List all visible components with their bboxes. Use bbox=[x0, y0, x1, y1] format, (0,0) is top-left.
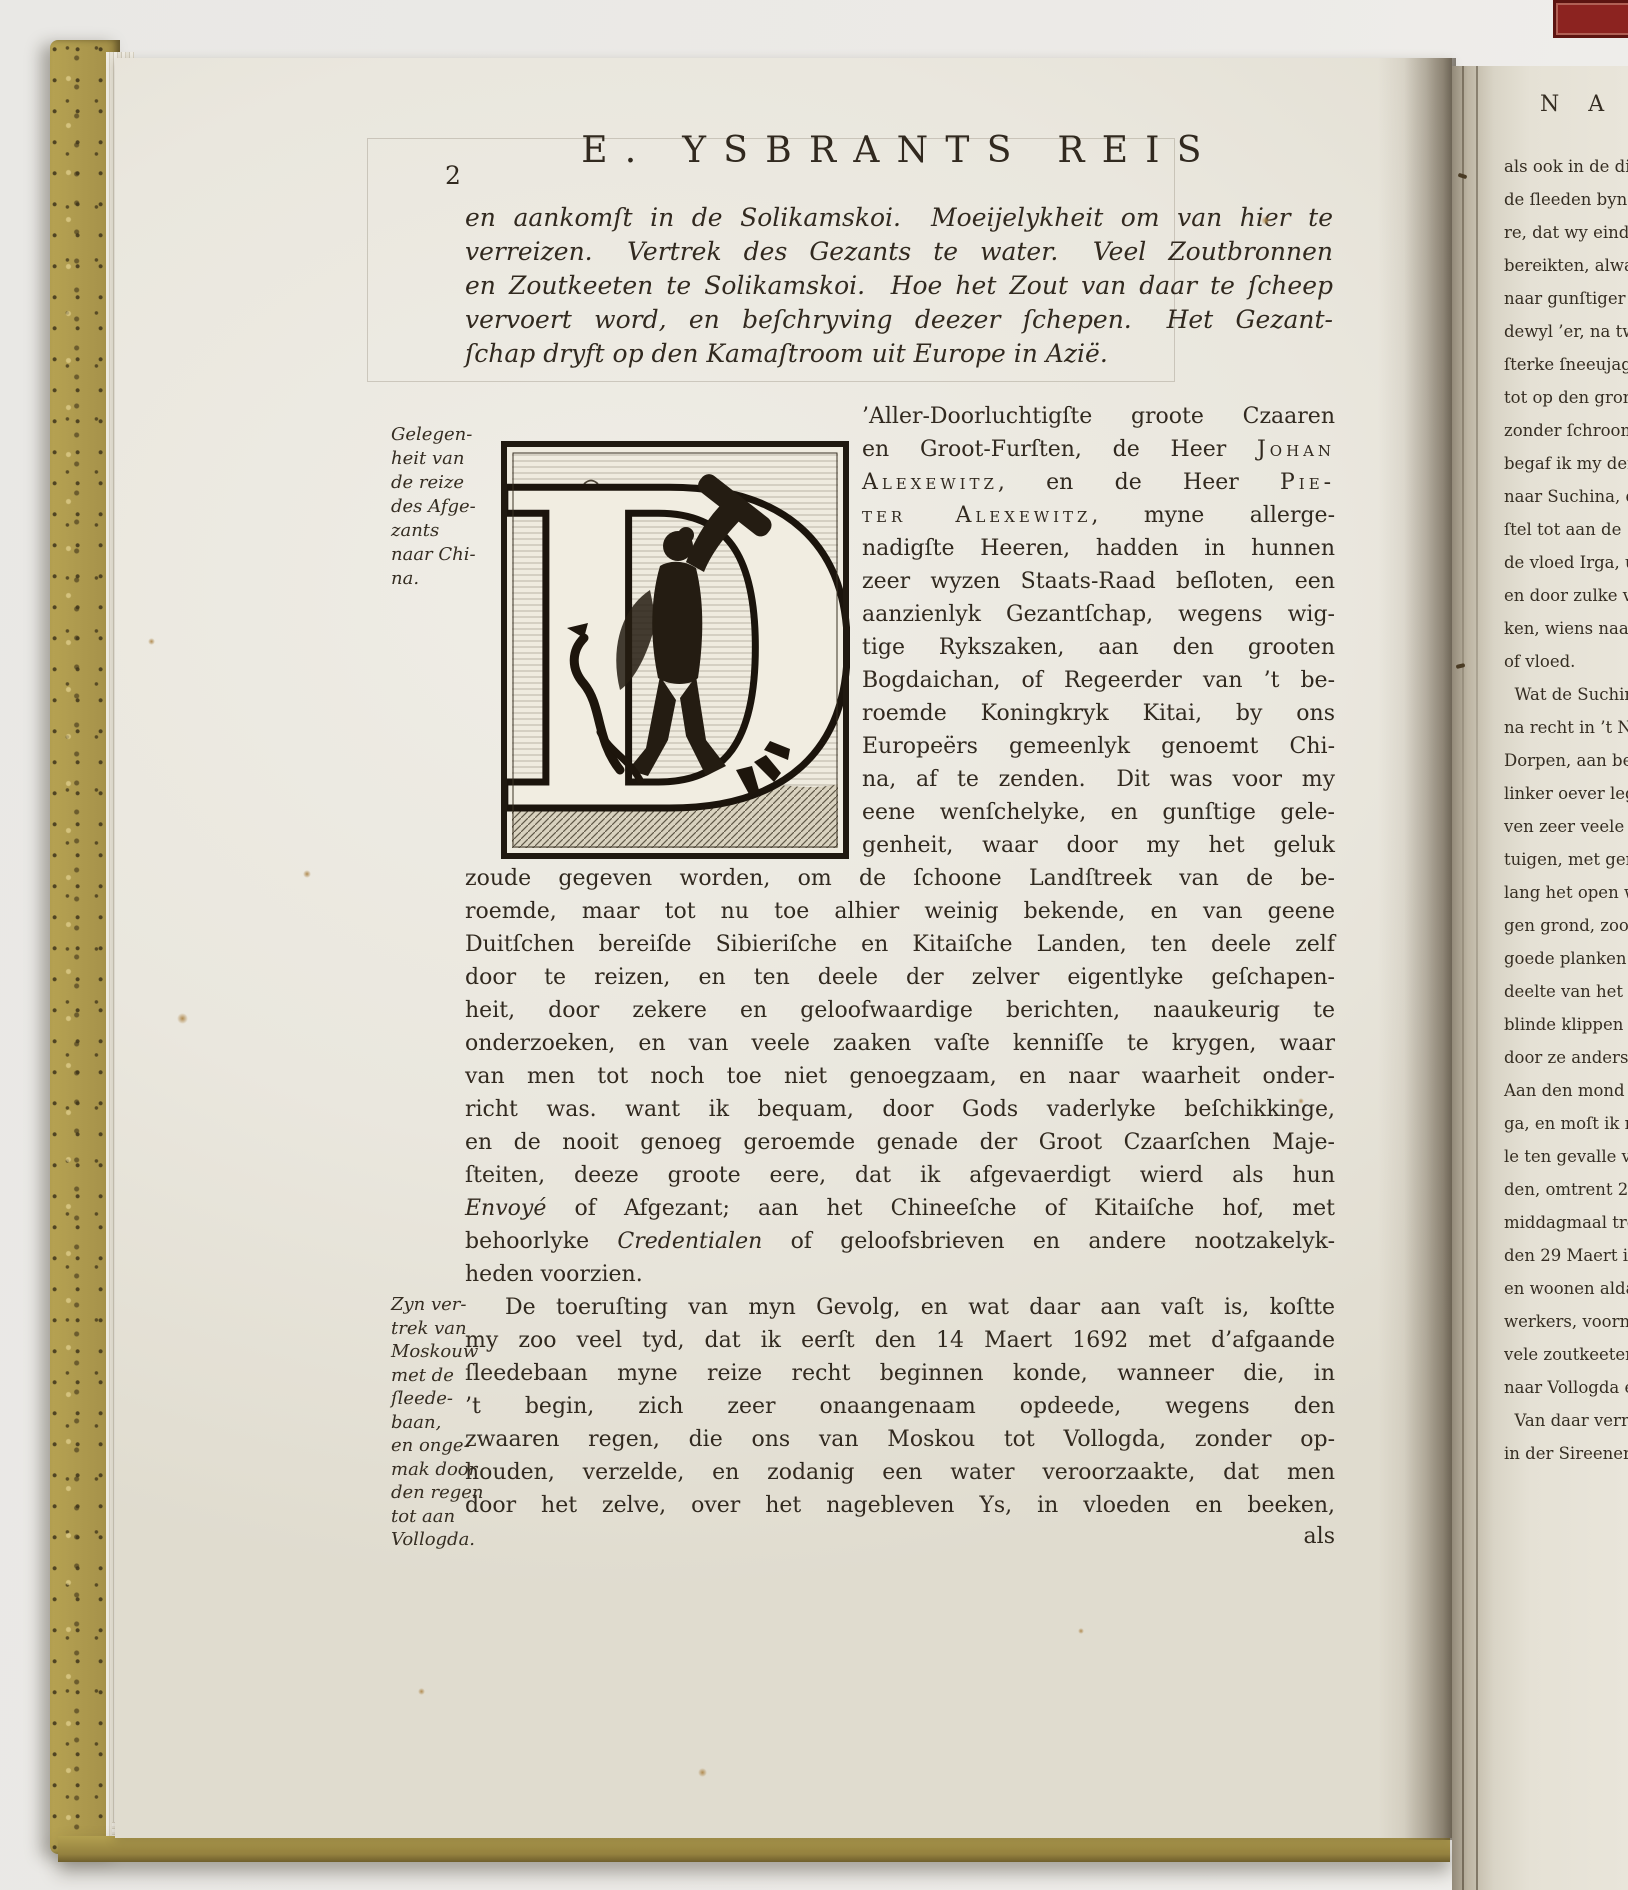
text-line: na, af te zenden. Dit was voor my bbox=[862, 763, 1335, 796]
text-line: in der Sireener Lan bbox=[1504, 1437, 1628, 1470]
text-line: Alexewitz, en de Heer Pie- bbox=[862, 466, 1335, 499]
text-line: Wat de Suchin bbox=[1504, 678, 1628, 711]
text-line: door het zelve, over het nagebleven Ys, … bbox=[465, 1489, 1335, 1522]
foxing-spot bbox=[1298, 1098, 1304, 1104]
text-line: le ten gevalle van d bbox=[1504, 1140, 1628, 1173]
text-line: en aankomſt in de Solikamskoi. Moeijelyk… bbox=[465, 201, 1333, 235]
text-line: bereikten, alwaar ik d bbox=[1504, 249, 1628, 282]
text-line: tige Rykszaken, aan den grooten bbox=[862, 631, 1335, 664]
text-line: re, dat wy eindelyk bbox=[1504, 216, 1628, 249]
text-line: den 29 Maert in d bbox=[1504, 1239, 1628, 1272]
text-line: ga, en moſt ik my bbox=[1504, 1107, 1628, 1140]
text-line: my zoo veel tyd, dat ik eerſt den 14 Mae… bbox=[465, 1324, 1335, 1357]
margin-note-line: zants bbox=[391, 519, 481, 543]
text-line: door te reizen, en ten deele der zelver … bbox=[465, 961, 1335, 994]
text-line: De toeruſting van myn Gevolg, en wat daa… bbox=[465, 1291, 1335, 1324]
text-line: dewyl ’er, na twee dag bbox=[1504, 315, 1628, 348]
book-cover-bottom-edge bbox=[58, 1836, 1450, 1862]
text-line: ſtel tot aan de Stad bbox=[1504, 513, 1628, 546]
text-line: Envoyé of Afgezant; aan het Chineeſche o… bbox=[465, 1192, 1335, 1225]
text-line: roemde Koningkryk Kitai, by ons bbox=[862, 697, 1335, 730]
text-line: naar gunſtiger weder w bbox=[1504, 282, 1628, 315]
text-line: Duitſchen bereiſde Sibieriſche en Kitaiſ… bbox=[465, 928, 1335, 961]
text-line: aanzienlyk Gezantſchap, wegens wig- bbox=[862, 598, 1335, 631]
text-line: tot op den grond bev bbox=[1504, 381, 1628, 414]
text-line: Bogdaichan, of Regeerder van ’t be- bbox=[862, 664, 1335, 697]
book-photo: 2 E. YSBRANTS REIS en aankomſt in de Sol… bbox=[0, 0, 1628, 1890]
red-shelf-label bbox=[1553, 0, 1628, 38]
text-line: en door zulke veree bbox=[1504, 579, 1628, 612]
text-segment: of Afgezant; aan het Chineeſche of Kitai… bbox=[546, 1196, 1335, 1221]
text-line: heden voorzien. bbox=[465, 1258, 1335, 1291]
margin-note-line: de reize bbox=[391, 471, 481, 495]
text-line: door ze anders li bbox=[1504, 1041, 1628, 1074]
paragraph-1-wide-column: zoude gegeven worden, om de ſchoone Land… bbox=[465, 862, 1335, 1291]
margin-note-line: des Afge- bbox=[391, 495, 481, 519]
fold-crease bbox=[1476, 66, 1478, 1890]
text-line: en de nooit genoeg geroemde genade der G… bbox=[465, 1126, 1335, 1159]
word-credentialen: Credentialen bbox=[617, 1229, 762, 1254]
name-johan: Johan bbox=[1257, 437, 1335, 462]
text-line: en woonen aldaar v bbox=[1504, 1272, 1628, 1305]
text-segment: , myne allerge- bbox=[1091, 503, 1335, 528]
text-line: naar Suchina, daar w bbox=[1504, 480, 1628, 513]
text-line: als ook in de diepe we bbox=[1504, 150, 1628, 183]
margin-note-line: heit van bbox=[391, 447, 481, 471]
text-line: vervoert word, en beſchryving deezer ſch… bbox=[465, 303, 1333, 337]
text-segment: , en de Heer bbox=[998, 470, 1280, 495]
text-line: deelte van het Schi bbox=[1504, 975, 1628, 1008]
foxing-spot bbox=[1261, 216, 1270, 225]
text-line: heit, door zekere en geloofwaardige beri… bbox=[465, 994, 1335, 1027]
text-line: ter Alexewitz, myne allerge- bbox=[862, 499, 1335, 532]
text-line: Dorpen, aan beid bbox=[1504, 744, 1628, 777]
text-line: zonder ſchroom, naa bbox=[1504, 414, 1628, 447]
text-line: vele zoutkeeten , d bbox=[1504, 1338, 1628, 1371]
text-line: de ſleeden byna zwem bbox=[1504, 183, 1628, 216]
text-line: middagmaal treffely bbox=[1504, 1206, 1628, 1239]
text-line: behoorlyke Credentialen of geloofsbrieve… bbox=[465, 1225, 1335, 1258]
text-line: gen grond, zoo bbox=[1504, 909, 1628, 942]
text-line: den, omtrent 24 bbox=[1504, 1173, 1628, 1206]
text-line: van men tot noch toe niet genoegzaam, en… bbox=[465, 1060, 1335, 1093]
margin-note-line: na. bbox=[391, 567, 481, 591]
left-page: 2 E. YSBRANTS REIS en aankomſt in de Sol… bbox=[115, 58, 1452, 1838]
text-line: houden, verzelde, en zodanig een water v… bbox=[465, 1456, 1335, 1489]
text-line: naar Vollogda en bbox=[1504, 1371, 1628, 1404]
word-envoye: Envoyé bbox=[465, 1196, 546, 1221]
text-line: werkers, voorname bbox=[1504, 1305, 1628, 1338]
name-pieter: Pie- bbox=[1280, 470, 1335, 495]
text-line: lang het open w bbox=[1504, 876, 1628, 909]
text-line: ’Aller-Doorluchtigſte groote Czaaren bbox=[862, 400, 1335, 433]
text-line: genheit, waar door my het geluk bbox=[862, 829, 1335, 862]
text-segment: of geloofsbrieven en andere nootzakelyk- bbox=[762, 1229, 1335, 1254]
text-line: ’t begin, zich zeer onaangenaam opdeede,… bbox=[465, 1390, 1335, 1423]
text-line: Van daar verreiſ bbox=[1504, 1404, 1628, 1437]
text-line: eene wenſchelyke, en gunſtige gele- bbox=[862, 796, 1335, 829]
text-line: Aan den mond v bbox=[1504, 1074, 1628, 1107]
name-ter-alexewitz: ter Alexewitz bbox=[862, 503, 1091, 528]
foxing-spot bbox=[1078, 1628, 1084, 1634]
text-line: ſteiten, deeze groote eere, dat ik afgev… bbox=[465, 1159, 1335, 1192]
text-line: linker oever legge bbox=[1504, 777, 1628, 810]
text-line: Europeërs gemeenlyk genoemt Chi- bbox=[862, 730, 1335, 763]
text-segment: en Groot-Furſten, de Heer bbox=[862, 437, 1257, 462]
margin-note-occasion: Gelegen-heit vande reizedes Afge-zantsna… bbox=[391, 423, 481, 591]
recto-running-title-fragment: N A bbox=[1540, 92, 1615, 117]
text-line: en Zoutkeeten te Solikamskoi. Hoe het Zo… bbox=[465, 269, 1333, 303]
foxing-spot bbox=[698, 1768, 707, 1777]
fold-crease bbox=[1462, 66, 1464, 1890]
text-line: ſterke ſneeujagt inviel bbox=[1504, 348, 1628, 381]
binding-stitch bbox=[1458, 173, 1468, 180]
text-line: ken, wiens naam bbox=[1504, 612, 1628, 645]
text-line: zeer wyzen Staats-Raad beſloten, een bbox=[862, 565, 1335, 598]
text-line: tuigen, met gen bbox=[1504, 843, 1628, 876]
page-fold-shadow bbox=[1404, 58, 1456, 1840]
text-line: en Groot-Furſten, de Heer Johan bbox=[862, 433, 1335, 466]
text-line: onderzoeken, en van veele zaaken vaſte k… bbox=[465, 1027, 1335, 1060]
foxing-spot bbox=[148, 638, 155, 645]
recto-text-fragments: als ook in de diepe wede ſleeden byna zw… bbox=[1504, 150, 1628, 1470]
text-line: ſchap dryft op den Kamaſtroom uit Europe… bbox=[465, 337, 1333, 371]
text-line: zoude gegeven worden, om de ſchoone Land… bbox=[465, 862, 1335, 895]
text-line: nadigſte Heeren, hadden in hunnen bbox=[862, 532, 1335, 565]
engraved-initial-d: D bbox=[500, 440, 850, 860]
page-number: 2 bbox=[445, 161, 461, 190]
text-line: goede planken , bbox=[1504, 942, 1628, 975]
foxing-spot bbox=[303, 870, 311, 878]
text-line: na recht in ’t No bbox=[1504, 711, 1628, 744]
catchword: als bbox=[465, 1524, 1335, 1549]
text-line: ven zeer veele R bbox=[1504, 810, 1628, 843]
text-line: richt was. want ik bequam, door Gods vad… bbox=[465, 1093, 1335, 1126]
right-page: N A als ook in de diepe wede ſleeden byn… bbox=[1452, 66, 1628, 1890]
text-line: ſleedebaan myne reize recht beginnen kon… bbox=[465, 1357, 1335, 1390]
text-line: blinde klippen , bbox=[1504, 1008, 1628, 1041]
text-line: roemde, maar tot nu toe alhier weinig be… bbox=[465, 895, 1335, 928]
paragraph-2: De toeruſting van myn Gevolg, en wat daa… bbox=[465, 1291, 1335, 1522]
foxing-spot bbox=[418, 1688, 425, 1695]
text-line: de vloed Irga, uit bbox=[1504, 546, 1628, 579]
name-alexewitz: Alexewitz bbox=[862, 470, 998, 495]
foxing-spot bbox=[177, 1013, 188, 1024]
text-segment: behoorlyke bbox=[465, 1229, 617, 1254]
running-title: E. YSBRANTS REIS bbox=[465, 130, 1335, 171]
paragraph-1-narrow-column: ’Aller-Doorluchtigſte groote Czaaren en … bbox=[862, 400, 1335, 862]
text-line: of vloed. bbox=[1504, 645, 1628, 678]
margin-note-line: Gelegen- bbox=[391, 423, 481, 447]
text-line: verreizen. Vertrek des Gezants te water.… bbox=[465, 235, 1333, 269]
text-line: begaf ik my den 22 bbox=[1504, 447, 1628, 480]
margin-note-line: naar Chi- bbox=[391, 543, 481, 567]
text-line: zwaaren regen, die ons van Moskou tot Vo… bbox=[465, 1423, 1335, 1456]
chapter-argument: en aankomſt in de Solikamskoi. Moeijelyk… bbox=[465, 201, 1333, 371]
